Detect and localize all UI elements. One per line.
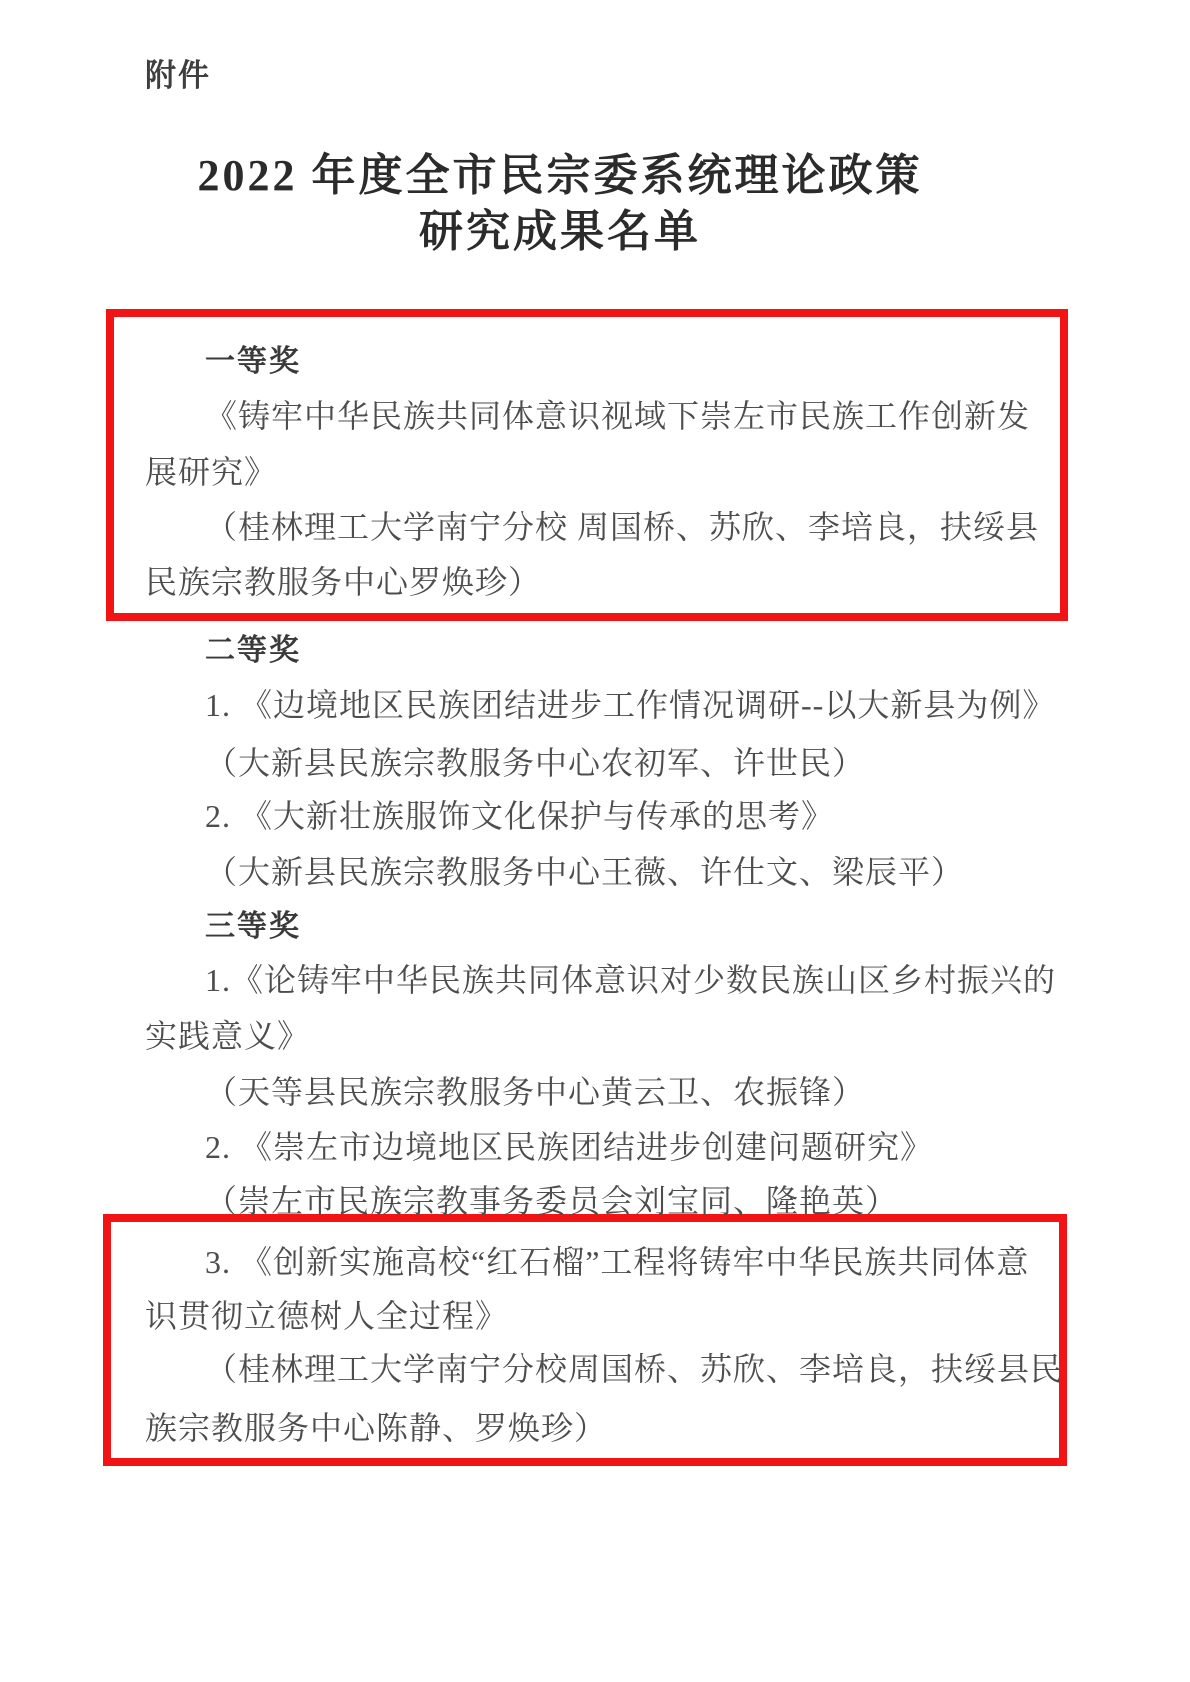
first-prize-heading: 一等奖: [205, 336, 301, 380]
second-prize-entry-2-title: 2. 《大新壮族服饰文化保护与传承的思考》: [205, 791, 834, 837]
second-prize-heading: 二等奖: [205, 625, 301, 669]
third-prize-entry-2-authors: （崇左市民族宗教事务委员会刘宝同、隆艳英）: [205, 1176, 898, 1222]
third-prize-entry-3-title-line-1: 3. 《创新实施高校“红石榴”工程将铸牢中华民族共同体意: [205, 1237, 1029, 1283]
first-prize-entry-title-line-2: 展研究》: [145, 447, 277, 493]
document-title-line-2: 研究成果名单: [0, 204, 1120, 260]
third-prize-entry-1-title-line-2: 实践意义》: [145, 1011, 310, 1057]
second-prize-entry-2-authors: （大新县民族宗教服务中心王薇、许仕文、梁辰平）: [205, 847, 964, 893]
third-prize-entry-2-title: 2. 《崇左市边境地区民族团结进步创建问题研究》: [205, 1122, 933, 1168]
first-prize-entry-authors-line-2: 民族宗教服务中心罗焕珍）: [145, 557, 541, 603]
first-prize-entry-authors-line-1: （桂林理工大学南宁分校 周国桥、苏欣、李培良，扶绥县: [205, 502, 1039, 548]
third-prize-entry-1-authors: （天等县民族宗教服务中心黄云卫、农振锋）: [205, 1067, 865, 1113]
document-page: 附件 2022 年度全市民宗委系统理论政策 研究成果名单 一等奖 《铸牢中华民族…: [0, 0, 1190, 1682]
third-prize-entry-3-authors-line-1: （桂林理工大学南宁分校周国桥、苏欣、李培良，扶绥县民: [205, 1344, 1063, 1390]
attachment-label: 附件: [145, 50, 211, 95]
first-prize-entry-title-line-1: 《铸牢中华民族共同体意识视域下崇左市民族工作创新发: [205, 391, 1030, 437]
document-title-line-1: 2022 年度全市民宗委系统理论政策: [0, 148, 1120, 204]
document-title: 2022 年度全市民宗委系统理论政策 研究成果名单: [0, 148, 1120, 260]
third-prize-entry-1-title-line-1: 1.《论铸牢中华民族共同体意识对少数民族山区乡村振兴的: [205, 955, 1056, 1001]
third-prize-entry-3-authors-line-2: 族宗教服务中心陈静、罗焕珍）: [145, 1403, 607, 1449]
second-prize-entry-1-authors: （大新县民族宗教服务中心农初军、许世民）: [205, 738, 865, 784]
second-prize-entry-1-title: 1. 《边境地区民族团结进步工作情况调研--以大新县为例》: [205, 680, 1055, 726]
third-prize-entry-3-title-line-2: 识贯彻立德树人全过程》: [145, 1291, 508, 1337]
third-prize-heading: 三等奖: [205, 901, 301, 945]
